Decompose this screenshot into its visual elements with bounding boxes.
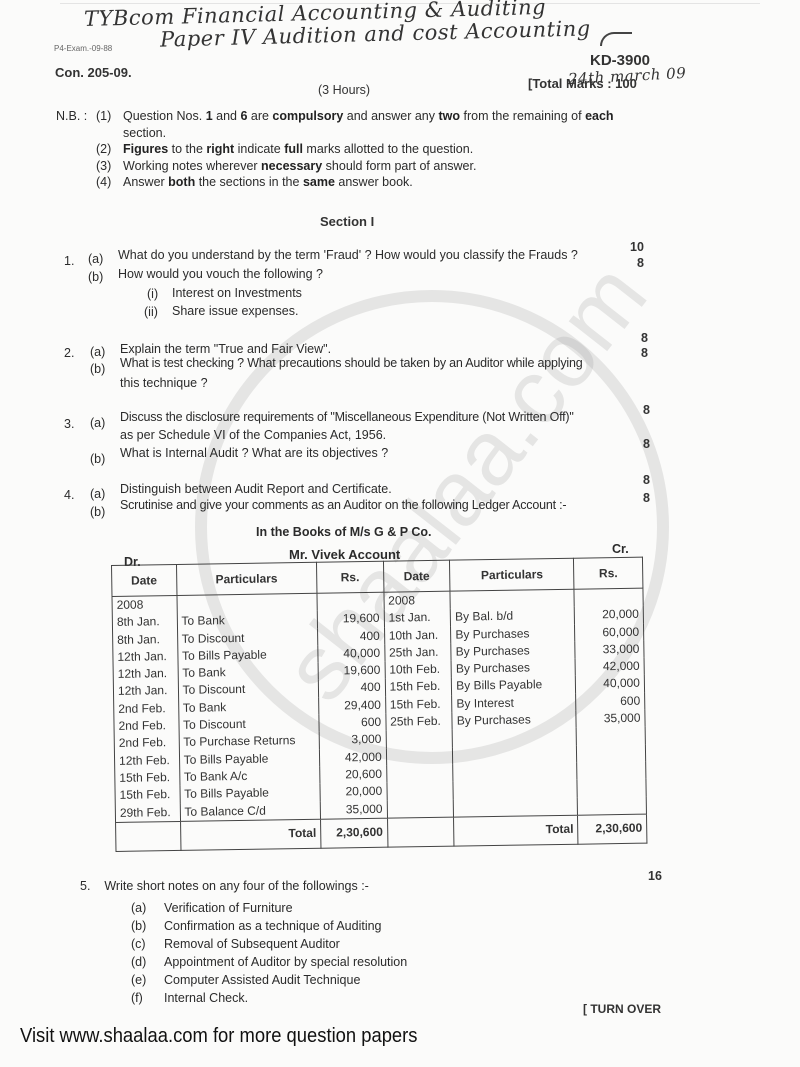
empty-cell	[387, 817, 454, 847]
total-label: Total	[180, 819, 321, 850]
debit-date: 2nd Feb.	[114, 700, 179, 718]
empty-cell	[116, 821, 181, 851]
credit-date	[386, 765, 453, 783]
short-notes-list: (a)Verification of Furniture (b)Confirma…	[131, 899, 407, 1007]
credit-amount	[578, 796, 647, 815]
question-text: What is Internal Audit ? What are its ob…	[120, 446, 388, 460]
debit-particulars: To Bills Payable	[179, 749, 320, 769]
debit-date: 12th Jan.	[113, 682, 178, 700]
debit-date: 15th Feb.	[115, 769, 180, 787]
empty-cell	[177, 593, 318, 613]
credit-amount	[577, 779, 646, 797]
exam-stamp: P4-Exam.-09-88	[54, 44, 112, 53]
debit-amount: 19,600	[317, 610, 384, 628]
debit-date: 8th Jan.	[112, 613, 177, 631]
marks: 16	[648, 869, 662, 883]
list-item: (d)Appointment of Auditor by special res…	[131, 953, 407, 971]
credit-date	[386, 747, 453, 765]
empty-cell	[317, 592, 384, 611]
question-text: What is test checking ? What precautions…	[120, 356, 582, 370]
credit-particulars	[453, 780, 577, 799]
credit-date: 25th Feb.	[386, 713, 453, 731]
debit-particulars: To Balance C/d	[180, 801, 321, 821]
credit-amount	[577, 762, 646, 780]
credit-amount: 60,000	[575, 623, 644, 641]
credit-amount: 42,000	[575, 658, 644, 676]
year-cell: 2008	[112, 595, 177, 614]
debit-particulars: To Bills Payable	[180, 784, 321, 804]
credit-particulars: By Purchases	[452, 711, 576, 730]
debit-particulars: To Bank	[177, 611, 318, 631]
debit-date: 12th Jan.	[113, 665, 178, 683]
question-text: Write short notes on any four of the fol…	[104, 879, 368, 893]
debit-particulars: To Bank	[178, 698, 319, 718]
total-label: Total	[454, 815, 578, 846]
list-item: (f)Internal Check.	[131, 989, 407, 1007]
debit-amount: 19,600	[318, 662, 385, 680]
credit-date: 25th Jan.	[384, 644, 451, 662]
marks: 8	[643, 403, 650, 417]
question-text: Discuss the disclosure requirements of "…	[120, 410, 574, 424]
list-item: (e)Computer Assisted Audit Technique	[131, 971, 407, 989]
credit-date	[386, 730, 453, 748]
section-title: Section I	[320, 214, 374, 229]
marks: 8	[643, 473, 650, 487]
marks: 8	[637, 256, 644, 270]
credit-particulars	[453, 745, 577, 764]
debit-amount: 35,000	[320, 800, 387, 819]
credit-particulars	[453, 797, 577, 817]
debit-particulars: To Bank A/c	[179, 767, 320, 787]
debit-total: 2,30,600	[321, 818, 388, 848]
debit-amount: 40,000	[318, 645, 385, 663]
list-item: (c)Removal of Subsequent Auditor	[131, 935, 407, 953]
credit-date: 15th Feb.	[385, 678, 452, 696]
ledger-table: Date Particulars Rs. Date Particulars Rs…	[111, 557, 647, 852]
question-5: 5. Write short notes on any four of the …	[80, 879, 369, 893]
debit-amount: 400	[318, 627, 385, 645]
instruction-text: Answer both the sections in the same ans…	[123, 174, 656, 191]
question-text: Explain the term "True and Fair View".	[120, 342, 331, 356]
debit-particulars: To Purchase Returns	[179, 732, 320, 752]
debit-particulars: To Discount	[178, 680, 319, 700]
instruction-text: Question Nos. 1 and 6 are compulsory and…	[123, 108, 656, 141]
credit-amount	[577, 744, 646, 762]
con-number: Con. 205-09.	[55, 65, 132, 80]
credit-label: Cr.	[612, 542, 629, 556]
turn-over: [ TURN OVER	[583, 1002, 661, 1016]
debit-amount: 600	[319, 714, 386, 732]
debit-amount: 20,000	[320, 783, 387, 801]
nb-label: N.B. :	[56, 108, 96, 141]
credit-particulars	[453, 763, 577, 782]
credit-amount: 40,000	[576, 675, 645, 693]
debit-amount: 400	[318, 679, 385, 697]
instruction-item: (4) Answer both the sections in the same…	[56, 174, 656, 191]
question-text: What do you understand by the term 'Frau…	[118, 248, 578, 262]
question-text: Scrutinise and give your comments as an …	[120, 498, 566, 512]
credit-amount: 20,000	[575, 606, 644, 624]
credit-particulars: By Purchases	[451, 624, 575, 643]
debit-date: 2nd Feb.	[114, 717, 179, 735]
credit-particulars: By Purchases	[451, 642, 575, 661]
debit-amount: 3,000	[319, 731, 386, 749]
footer-link[interactable]: Visit www.shaalaa.com for more question …	[20, 1025, 417, 1048]
credit-date: 1st Jan.	[384, 609, 451, 627]
debit-amount: 29,400	[319, 696, 386, 714]
instruction-item: (2) Figures to the right indicate full m…	[56, 141, 656, 158]
debit-amount: 20,600	[320, 766, 387, 784]
marks: 8	[643, 491, 650, 505]
list-item: (b)Confirmation as a technique of Auditi…	[131, 917, 407, 935]
debit-date: 2nd Feb.	[114, 734, 179, 752]
debit-amount: 42,000	[319, 748, 386, 766]
marks: 8	[641, 331, 648, 345]
credit-amount: 600	[576, 692, 645, 710]
duration: (3 Hours)	[318, 83, 370, 97]
credit-date	[387, 799, 454, 818]
credit-particulars: By Purchases	[451, 659, 575, 678]
marks: 8	[643, 437, 650, 451]
credit-total: 2,30,600	[578, 814, 647, 844]
marks: 8	[641, 346, 648, 360]
instruction-text: Working notes wherever necessary should …	[123, 158, 656, 175]
credit-date: 10th Feb.	[385, 661, 452, 679]
debit-date: 8th Jan.	[113, 631, 178, 649]
year-cell: 2008	[384, 591, 451, 610]
debit-particulars: To Discount	[178, 715, 319, 735]
ledger-caption: In the Books of M/s G & P Co.	[256, 525, 431, 539]
instruction-item: N.B. : (1) Question Nos. 1 and 6 are com…	[56, 108, 656, 141]
debit-date: 15th Feb.	[115, 786, 180, 804]
empty-cell	[450, 589, 574, 609]
empty-cell	[574, 588, 643, 607]
credit-particulars: By Bills Payable	[452, 676, 576, 695]
credit-particulars: By Interest	[452, 693, 576, 712]
instruction-text: Figures to the right indicate full marks…	[123, 141, 656, 158]
debit-date: 12th Jan.	[113, 648, 178, 666]
debit-particulars: To Discount	[177, 628, 318, 648]
credit-amount	[576, 727, 645, 745]
marks: 10	[630, 240, 644, 254]
handwritten-mark	[600, 32, 632, 46]
credit-amount: 35,000	[576, 710, 645, 728]
credit-particulars: By Bal. b/d	[450, 607, 574, 626]
debit-particulars: To Bills Payable	[177, 646, 318, 666]
credit-date	[387, 782, 454, 800]
debit-date: 12th Feb.	[114, 752, 179, 770]
list-item: (a)Verification of Furniture	[131, 899, 407, 917]
question-text: How would you vouch the following ?	[118, 267, 323, 281]
debit-date: 29th Feb.	[115, 804, 180, 823]
question-text: Distinguish between Audit Report and Cer…	[120, 482, 392, 496]
instructions: N.B. : (1) Question Nos. 1 and 6 are com…	[56, 108, 656, 191]
instruction-item: (3) Working notes wherever necessary sho…	[56, 158, 656, 175]
total-marks: [Total Marks : 100	[528, 76, 637, 91]
credit-date: 15th Feb.	[385, 695, 452, 713]
credit-amount: 33,000	[575, 641, 644, 659]
credit-particulars	[452, 728, 576, 747]
debit-particulars: To Bank	[178, 663, 319, 683]
credit-date: 10th Jan.	[384, 626, 451, 644]
